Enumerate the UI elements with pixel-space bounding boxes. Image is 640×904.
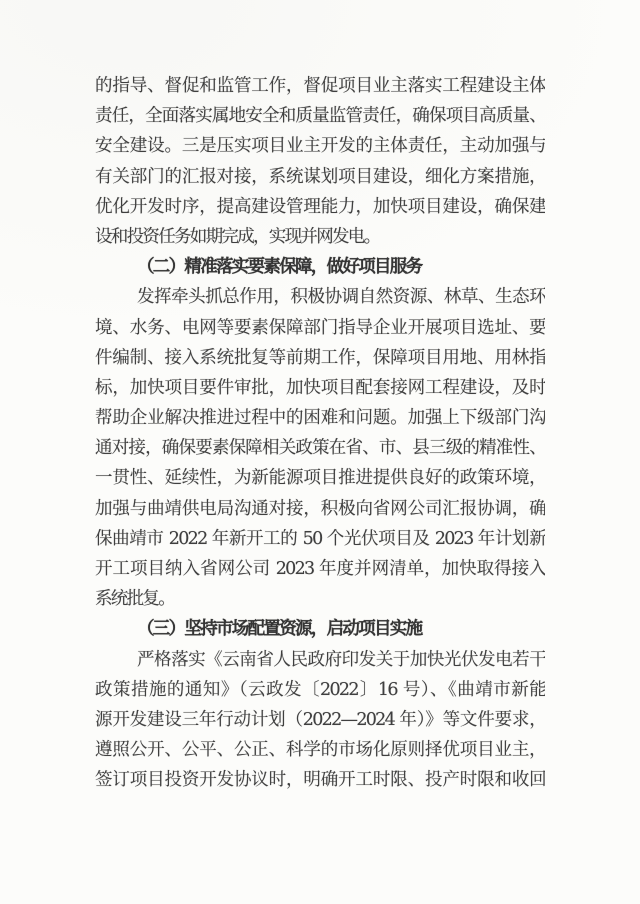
text-line: 通对接，确保要素保障相关政策在省、市、县三级的精准性、: [95, 433, 545, 463]
text-line: 严格落实《云南省人民政府印发关于加快光伏发电若干: [95, 645, 545, 675]
text-line: 政策措施的通知》（云政发〔2022〕16 号）、《曲靖市新能: [95, 675, 545, 705]
text-line: 的指导、督促和监管工作，督促项目业主落实工程建设主体: [95, 71, 545, 101]
text-line: 安全建设。三是压实项目业主开发的主体责任，主动加强与: [95, 131, 545, 161]
text-line: 遵照公开、公平、公正、科学的市场化原则择优项目业主，: [95, 735, 545, 765]
text-line: 系统批复。: [95, 584, 545, 614]
document-page: 的指导、督促和监管工作，督促项目业主落实工程建设主体责任，全面落实属地安全和质量…: [0, 0, 640, 904]
text-line: 保曲靖市 2022 年新开工的 50 个光伏项目及 2023 年计划新: [95, 524, 545, 554]
text-line: 源开发建设三年行动计划（2022—2024 年）》等文件要求，: [95, 705, 545, 735]
text-line: 优化开发时序，提高建设管理能力，加快项目建设，确保建: [95, 192, 545, 222]
section-heading: （二）精准落实要素保障，做好项目服务: [95, 252, 545, 282]
text-line: 标，加快项目要件审批，加快项目配套接网工程建设，及时: [95, 373, 545, 403]
text-block: 的指导、督促和监管工作，督促项目业主落实工程建设主体责任，全面落实属地安全和质量…: [95, 71, 545, 796]
text-line: 加强与曲靖供电局沟通对接，积极向省网公司汇报协调，确: [95, 494, 545, 524]
text-line: 件编制、接入系统批复等前期工作，保障项目用地、用林指: [95, 343, 545, 373]
text-line: 帮助企业解决推进过程中的困难和问题。加强上下级部门沟: [95, 403, 545, 433]
text-line: 有关部门的汇报对接，系统谋划项目建设，细化方案措施，: [95, 162, 545, 192]
text-line: 签订项目投资开发协议时，明确开工时限、投产时限和收回: [95, 765, 545, 795]
text-line: 发挥牵头抓总作用，积极协调自然资源、林草、生态环: [95, 282, 545, 312]
text-line: 责任，全面落实属地安全和质量监管责任，确保项目高质量、: [95, 101, 545, 131]
text-line: 境、水务、电网等要素保障部门指导企业开展项目选址、要: [95, 313, 545, 343]
section-heading: （三）坚持市场配置资源，启动项目实施: [95, 614, 545, 644]
text-line: 设和投资任务如期完成，实现并网发电。: [95, 222, 545, 252]
text-line: 开工项目纳入省网公司 2023 年度并网清单，加快取得接入: [95, 554, 545, 584]
text-line: 一贯性、延续性，为新能源项目推进提供良好的政策环境，: [95, 463, 545, 493]
